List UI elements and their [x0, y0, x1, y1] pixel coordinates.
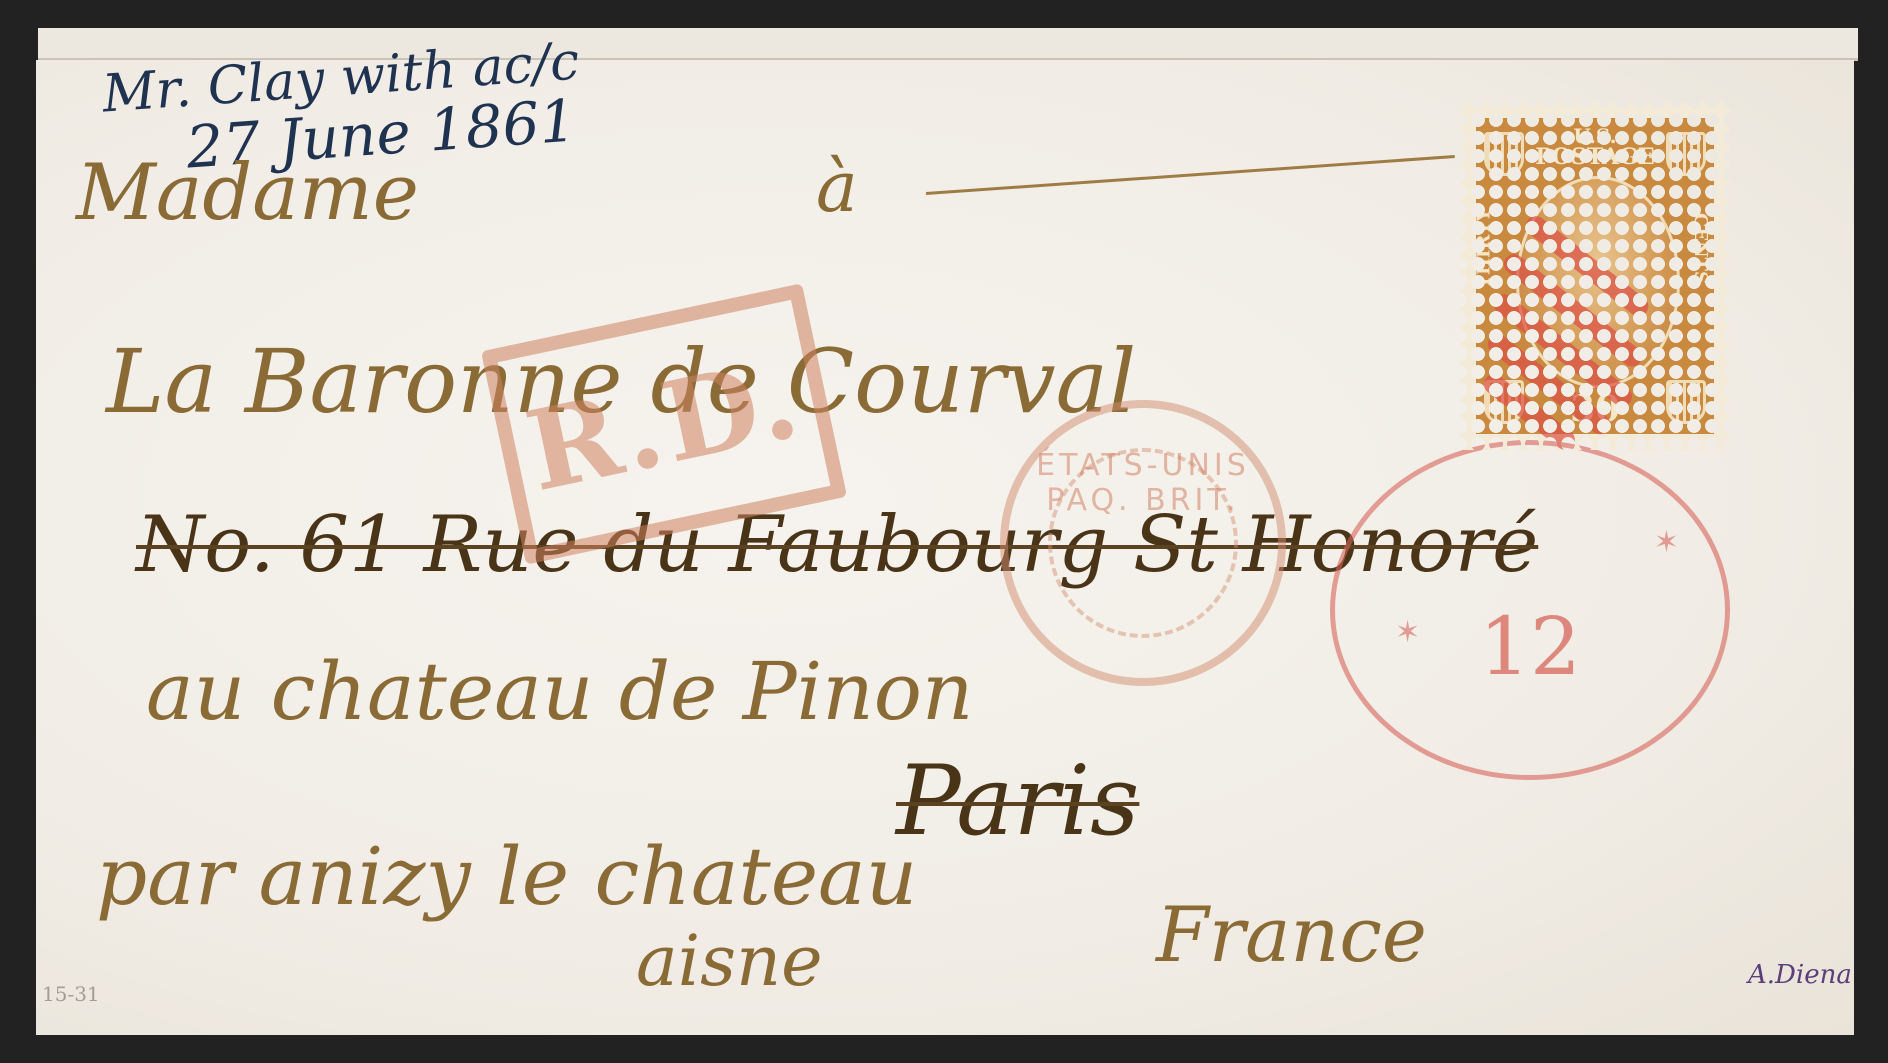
address-country: France — [1156, 890, 1427, 979]
address-chateau: au chateau de Pinon — [146, 645, 973, 738]
us-30c-postage-stamp: U.S. POSTAGE THIRTY CENTS 30 — [1460, 102, 1730, 450]
address-city-struck: Paris — [896, 745, 1139, 857]
stamp-right-text: CENTS — [1690, 213, 1711, 284]
address-via: par anizy le chateau — [96, 830, 917, 923]
salutation: Madame — [76, 148, 419, 238]
flourish-line — [926, 155, 1455, 195]
address-street-struck: No. 61 Rue du Faubourg St Honoré — [136, 500, 1538, 590]
flourish-a: à — [816, 146, 858, 228]
shield-icon — [1666, 132, 1706, 176]
rd-text: R.D. — [516, 332, 812, 515]
expert-signature: A.Diena — [1748, 960, 1852, 990]
shield-icon — [1484, 132, 1524, 176]
paris-postmark-text: ÉTATS-UNIS PAQ. BRIT. — [1008, 448, 1278, 518]
credit-12-postmark: ✶ ✶ 12 — [1330, 440, 1730, 780]
credit-12-value: 12 — [1335, 600, 1725, 693]
paris-transit-postmark: ÉTATS-UNIS PAQ. BRIT. — [1000, 400, 1286, 686]
address-department: aisne — [636, 920, 823, 1002]
stamp-left-text: THIRTY — [1473, 209, 1494, 289]
pencil-note: 15-31 — [42, 982, 100, 1006]
